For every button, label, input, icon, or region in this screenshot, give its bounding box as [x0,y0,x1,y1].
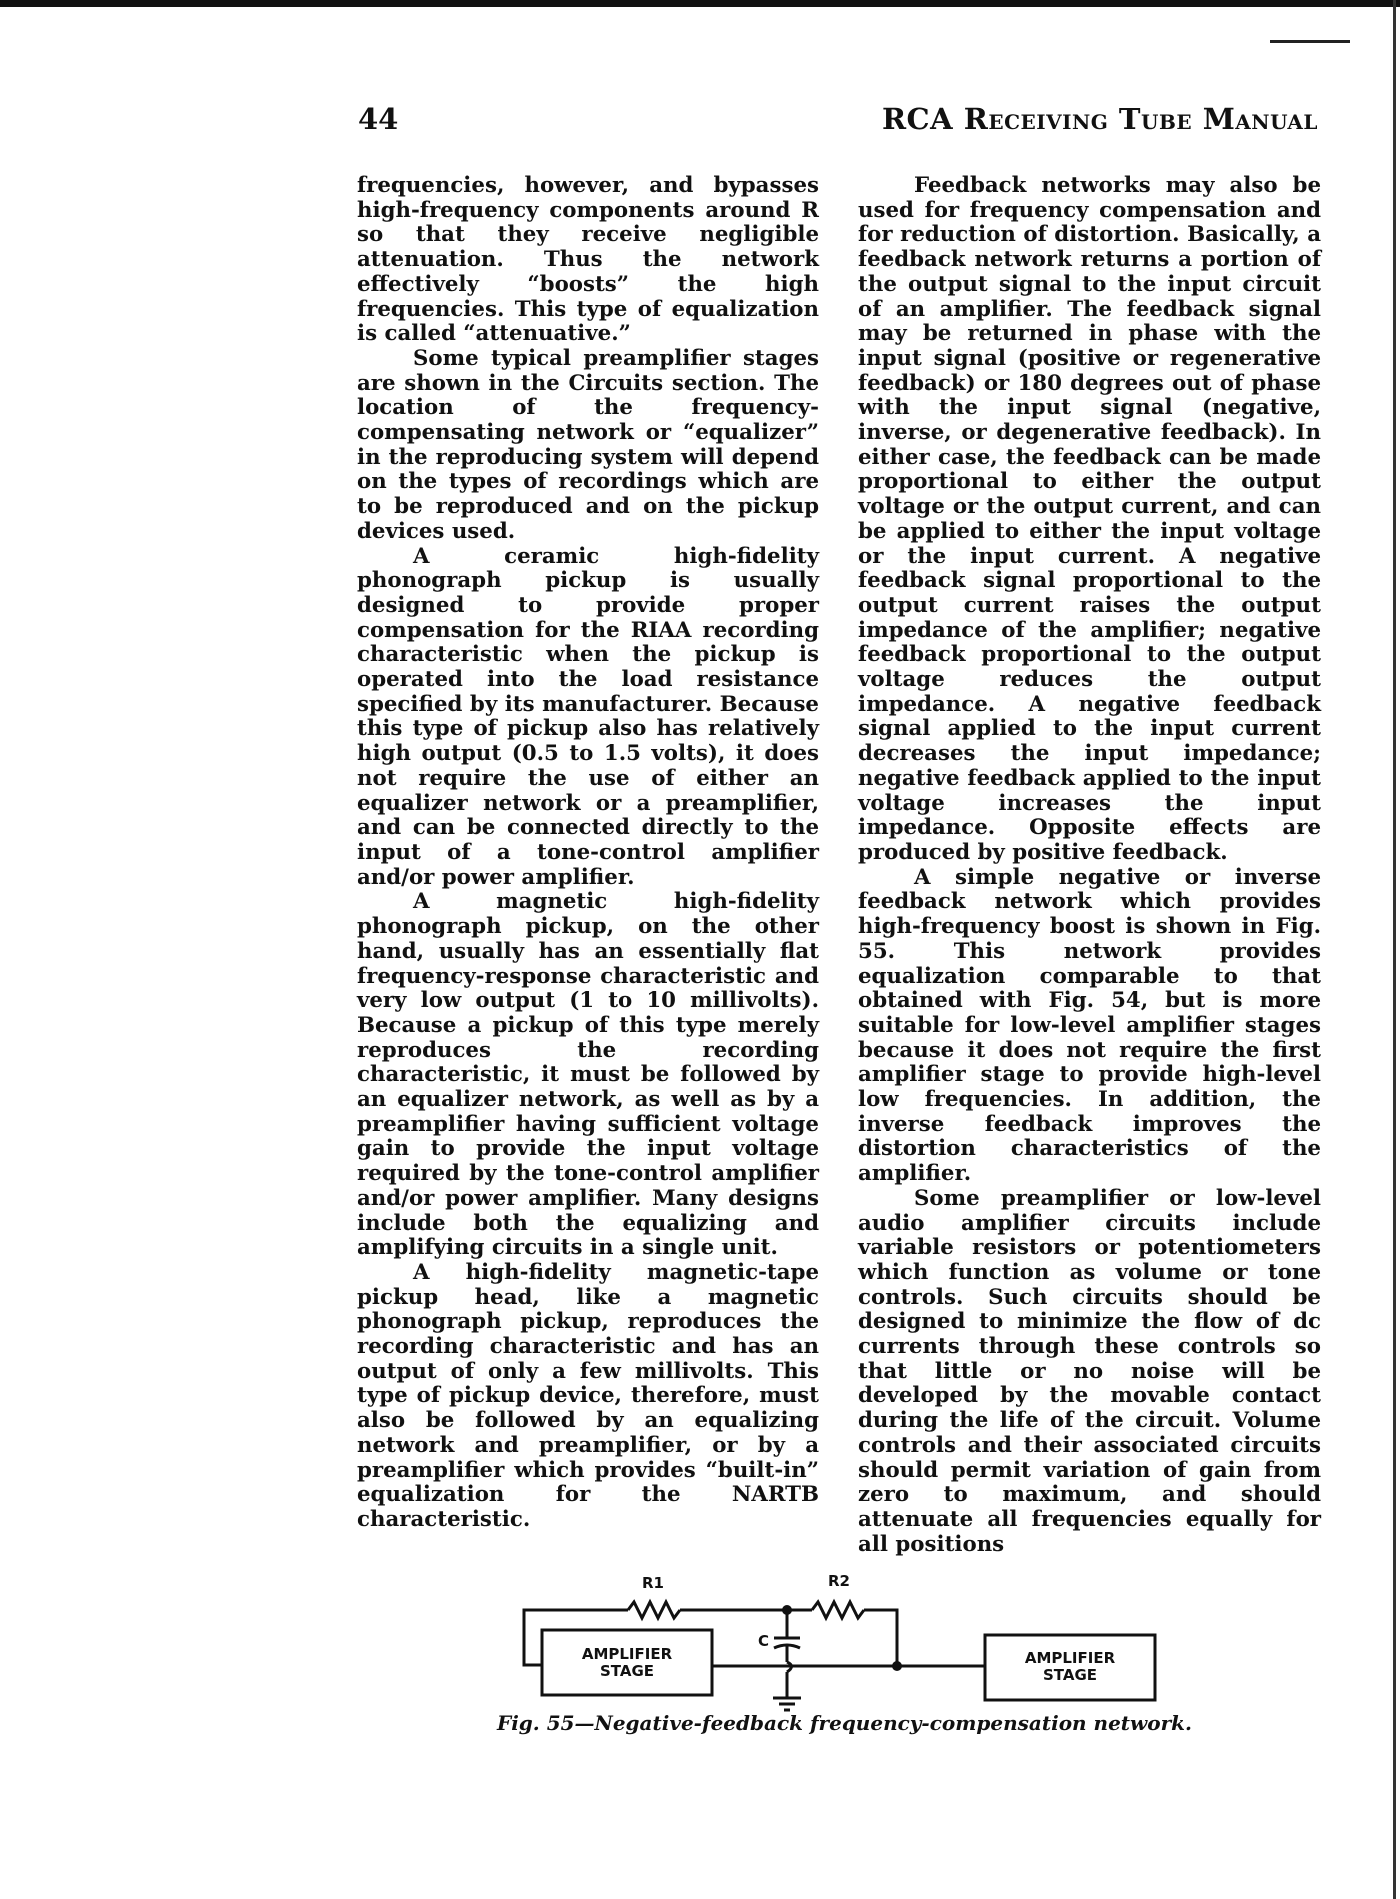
text-run: may also be used for frequency compensat… [858,173,1321,371]
text-run: section. The location of the frequency-c… [357,371,819,544]
box-label-line: AMPLIFIER [542,1646,712,1663]
bold-term: Feedback networks [914,173,1151,198]
right-stage-label: AMPLIFIER STAGE [985,1650,1155,1684]
text-run: or [1202,1260,1268,1285]
c-label: C [758,1632,769,1650]
box-label-line: AMPLIFIER [985,1650,1155,1667]
text-run: or [952,420,997,445]
bold-term: positive [1028,346,1121,371]
scan-right-border [1393,0,1396,1899]
right-column: Feedback networks may also be used for f… [858,174,1321,1557]
figure-caption: Fig. 55—Negative-feedback frequency-comp… [497,1711,1197,1735]
running-title: RCA Receiving Tube Manual [882,102,1318,136]
r2-label: R2 [828,1572,850,1590]
box-label-line: STAGE [985,1667,1155,1684]
resistor-r2-icon [812,1602,864,1618]
box-label-line: STAGE [542,1663,712,1680]
scan-top-border [0,0,1400,7]
paragraph: frequencies, however, and bypasses high-… [357,174,819,347]
text-run: feedback). In either case, the feedback … [858,420,1321,865]
paragraph: A ceramic high-fidelity phonograph picku… [357,545,819,891]
left-column: frequencies, however, and bypasses high-… [357,174,819,1533]
bold-term: volume [1116,1260,1202,1285]
left-stage-label: AMPLIFIER STAGE [542,1646,712,1680]
paragraph: A simple negative or inverse feedback ne… [858,866,1321,1187]
junction-dot [892,1661,902,1671]
paragraph: Some preamplifier or low-level audio amp… [858,1187,1321,1558]
paragraph: Feedback networks may also be used for f… [858,174,1321,866]
running-head: 44 RCA Receiving Tube Manual [358,102,1318,142]
paragraph: A magnetic high-fidelity phonograph pick… [357,890,819,1261]
resistor-r1-icon [628,1602,680,1618]
scan-mark [1270,40,1350,43]
r1-label: R1 [642,1574,664,1592]
bold-term: Circuits [568,371,663,396]
paragraph: A high-fidelity magnetic-tape pickup hea… [357,1261,819,1533]
bold-term: regenerative [1170,346,1321,371]
text-run: Such circuits should be designed to mini… [858,1285,1321,1557]
junction-dot [782,1605,792,1615]
paragraph: Some typical preamplifier stages are sho… [357,347,819,545]
bold-term: degenerative [996,420,1151,445]
page-number: 44 [358,102,398,136]
text-run: or [1121,346,1170,371]
